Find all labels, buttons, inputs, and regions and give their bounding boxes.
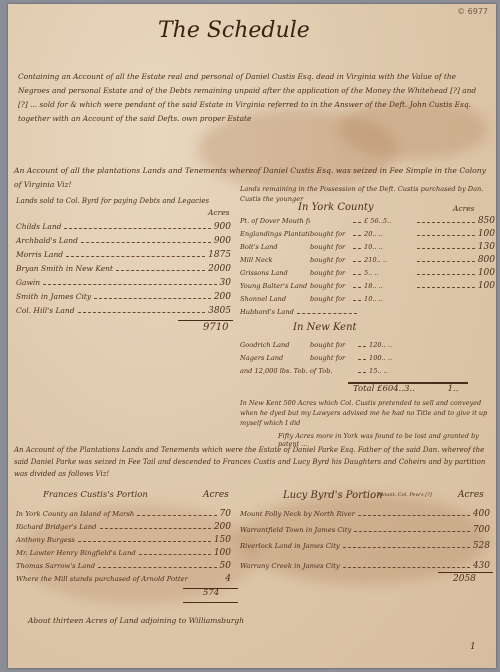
manuscript-page: © 6977 The Schedule Containing an Accoun… xyxy=(8,4,496,668)
list-item: Smith in James City200 xyxy=(16,292,231,304)
list-item: Archbald's Land900 xyxy=(16,236,231,248)
lucy-total: 2058 xyxy=(453,574,476,584)
acres-header: Acres xyxy=(208,208,230,217)
frances-total: 574 xyxy=(203,588,219,598)
sum-rule xyxy=(183,602,238,603)
new-kent-note: In New Kent 500 Acres which Col. Custis … xyxy=(240,398,492,428)
intro-paragraph: Containing an Account of all the Estate … xyxy=(18,70,488,126)
list-item: Childs Land900 xyxy=(16,222,231,234)
sum-rule xyxy=(438,572,493,573)
acres-header: Acres xyxy=(203,490,229,500)
left-total: 9710 xyxy=(203,322,228,333)
acres-header: Acres xyxy=(458,490,484,500)
section2-heading: An Account of the Plantations Lands and … xyxy=(14,444,492,480)
new-kent-heading: In New Kent xyxy=(293,322,357,333)
document-title: The Schedule xyxy=(158,18,310,43)
sum-rule xyxy=(178,320,233,321)
side-note: Mount. Col. Pew's [?] xyxy=(378,492,432,498)
list-item: Bryan Smith in New Kent2000 xyxy=(16,264,231,276)
page-mark: 1 xyxy=(470,642,476,652)
list-item: Morris Land1875 xyxy=(16,250,231,262)
right-subheading: Lands remaining in the Possession of the… xyxy=(240,184,492,204)
list-item: Gawin30 xyxy=(16,278,231,290)
total-line: Total £604..3.. 1.. xyxy=(353,384,458,394)
frances-portion-heading: Frances Custis's Portion xyxy=(43,490,148,500)
list-item: Col. Hill's Land3805 xyxy=(16,306,231,318)
williamsburgh-note: About thirteen Acres of Land adjoining t… xyxy=(28,616,244,625)
acres-header: Acres xyxy=(453,204,475,213)
lucy-portion-heading: Lucy Byrd's Portion xyxy=(283,490,383,501)
york-county-heading: In York County xyxy=(298,202,374,213)
catalog-number: © 6977 xyxy=(457,7,488,16)
left-subheading: Lands sold to Col. Byrd for paying Debts… xyxy=(16,197,209,205)
